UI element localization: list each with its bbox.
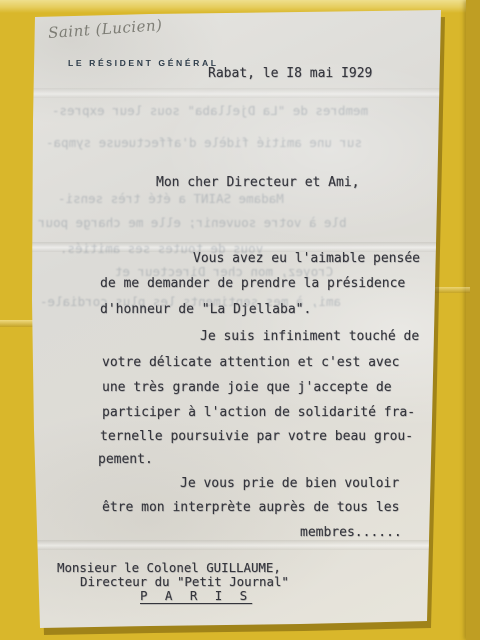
letter-line: être mon interprète auprès de tous les (102, 501, 399, 514)
letterhead-title: LE RÉSIDENT GÉNÉRAL (68, 58, 219, 68)
ghost-line: sur une amitié fidèle d'affectueuse symp… (46, 137, 362, 150)
letter-line: Je vous prie de bien vouloir (180, 477, 399, 490)
ghost-line: membres de "La Djellaba" sous leur expre… (52, 105, 368, 118)
dateline: Rabat, le I8 mai I929 (208, 67, 372, 80)
recipient-city: P A R I S (140, 590, 252, 602)
pencil-annotation: Saint (Lucien) (48, 16, 164, 42)
letter-line: ternelle poursuivie par votre beau grou- (100, 430, 413, 443)
background-right-strip (466, 0, 480, 640)
letter-line: de me demander de prendre la présidence (100, 277, 405, 290)
fold-crease-bottom (0, 540, 480, 550)
salutation: Mon cher Directeur et Ami, (156, 176, 360, 189)
letter-line: Je suis infiniment touché de (200, 330, 419, 343)
fold-crease-top (0, 88, 480, 98)
letter-line: participer à l'action de solidarité fra- (102, 406, 415, 419)
recipient-name: Monsieur le Colonel GUILLAUME, (57, 562, 281, 574)
letter-line: Vous avez eu l'aimable pensée (193, 252, 420, 265)
letter-paper: membres de "La Djellaba" sous leur expre… (0, 0, 480, 640)
recipient-title: Directeur du "Petit Journal" (80, 576, 289, 588)
letter-line: votre délicate attention et c'est avec (102, 356, 399, 369)
ghost-line: ble à votre souvenir; elle me charge pou… (38, 217, 347, 230)
ghost-line: Madame SAINT a été très sensi- (58, 193, 284, 206)
letter-line: d'honneur de "La Djellaba". (100, 303, 311, 316)
letter-line: pement. (98, 453, 153, 466)
letter-line: membres...... (300, 526, 402, 539)
paper-texture (0, 0, 480, 640)
photo-background: membres de "La Djellaba" sous leur expre… (0, 0, 480, 640)
background-crease-left (0, 320, 36, 327)
letter-line: une très grande joie que j'accepte de (102, 381, 392, 394)
